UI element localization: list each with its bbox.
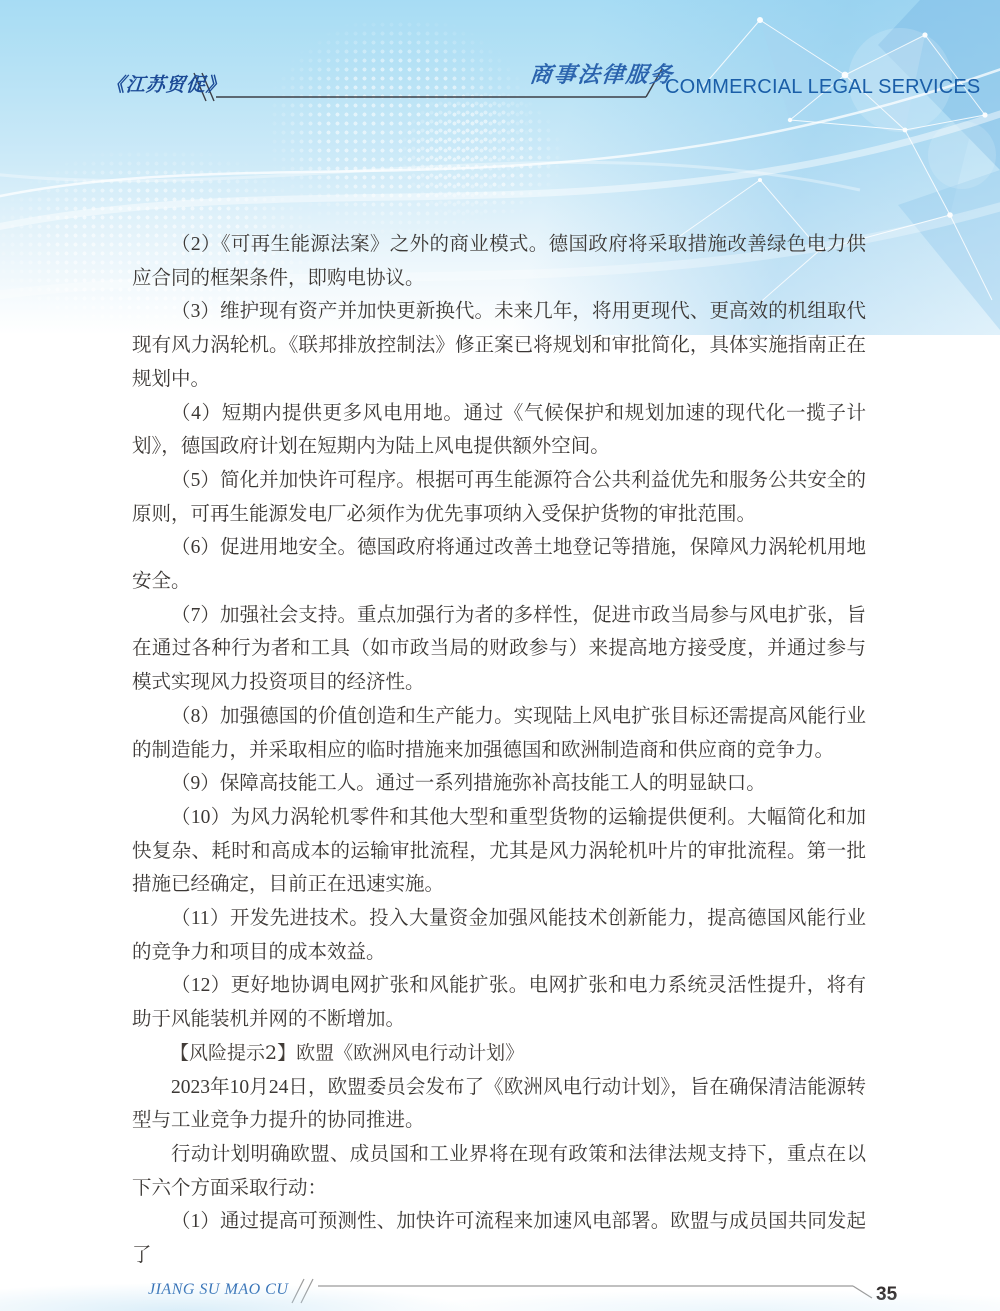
body-paragraph: 2023年10月24日，欧盟委员会发布了《欧洲风电行动计划》，旨在确保清洁能源转…	[132, 1071, 866, 1138]
body-paragraph: 【风险提示2】欧盟《欧洲风电行动计划》	[132, 1037, 866, 1071]
body-paragraph: （9）保障高技能工人。通过一系列措施弥补高技能工人的明显缺口。	[132, 767, 866, 801]
body-paragraph: （6）促进用地安全。德国政府将通过改善土地登记等措施，保障风力涡轮机用地安全。	[132, 531, 866, 598]
body-paragraph: （11）开发先进技术。投入大量资金加强风能技术创新能力，提高德国风能行业的竞争力…	[132, 902, 866, 969]
body-paragraph: 行动计划明确欧盟、成员国和工业界将在现有政策和法律法规支持下，重点在以下六个方面…	[132, 1138, 866, 1205]
body-paragraph: （4）短期内提供更多风电用地。通过《气候保护和规划加速的现代化一揽子计划》，德国…	[132, 397, 866, 464]
bottom-glow-decoration	[0, 1265, 1000, 1311]
body-paragraph: （1）通过提高可预测性、加快许可流程来加速风电部署。欧盟与成员国共同发起了	[132, 1205, 866, 1272]
body-paragraph: （12）更好地协调电网扩张和风能扩张。电网扩张和电力系统灵活性提升，将有助于风能…	[132, 969, 866, 1036]
body-paragraph: （2）《可再生能源法案》之外的商业模式。德国政府将采取措施改善绿色电力供应合同的…	[132, 228, 866, 295]
document-page: { "page": { "number": "35" }, "header": …	[0, 0, 1000, 1311]
body-paragraph: （7）加强社会支持。重点加强行为者的多样性，促进市政当局参与风电扩张，旨在通过各…	[132, 599, 866, 700]
body-paragraph: （10）为风力涡轮机零件和其他大型和重型货物的运输提供便利。大幅简化和加快复杂、…	[132, 801, 866, 902]
section-title-chinese-calligraphy: 商事法律服务	[528, 58, 675, 89]
body-paragraph: （3）维护现有资产并加快更新换代。未来几年，将用更现代、更高效的机组取代现有风力…	[132, 295, 866, 396]
body-paragraph: （5）简化并加快许可程序。根据可再生能源符合公共利益优先和服务公共安全的原则，可…	[132, 464, 866, 531]
section-title-english: COMMERCIAL LEGAL SERVICES	[665, 76, 980, 99]
article-body: （2）《可再生能源法案》之外的商业模式。德国政府将采取措施改善绿色电力供应合同的…	[132, 228, 866, 1273]
journal-logo-text: 《江苏贸促》	[105, 70, 227, 97]
body-paragraph: （8）加强德国的价值创造和生产能力。实现陆上风电扩张目标还需提高风能行业的制造能…	[132, 700, 866, 767]
